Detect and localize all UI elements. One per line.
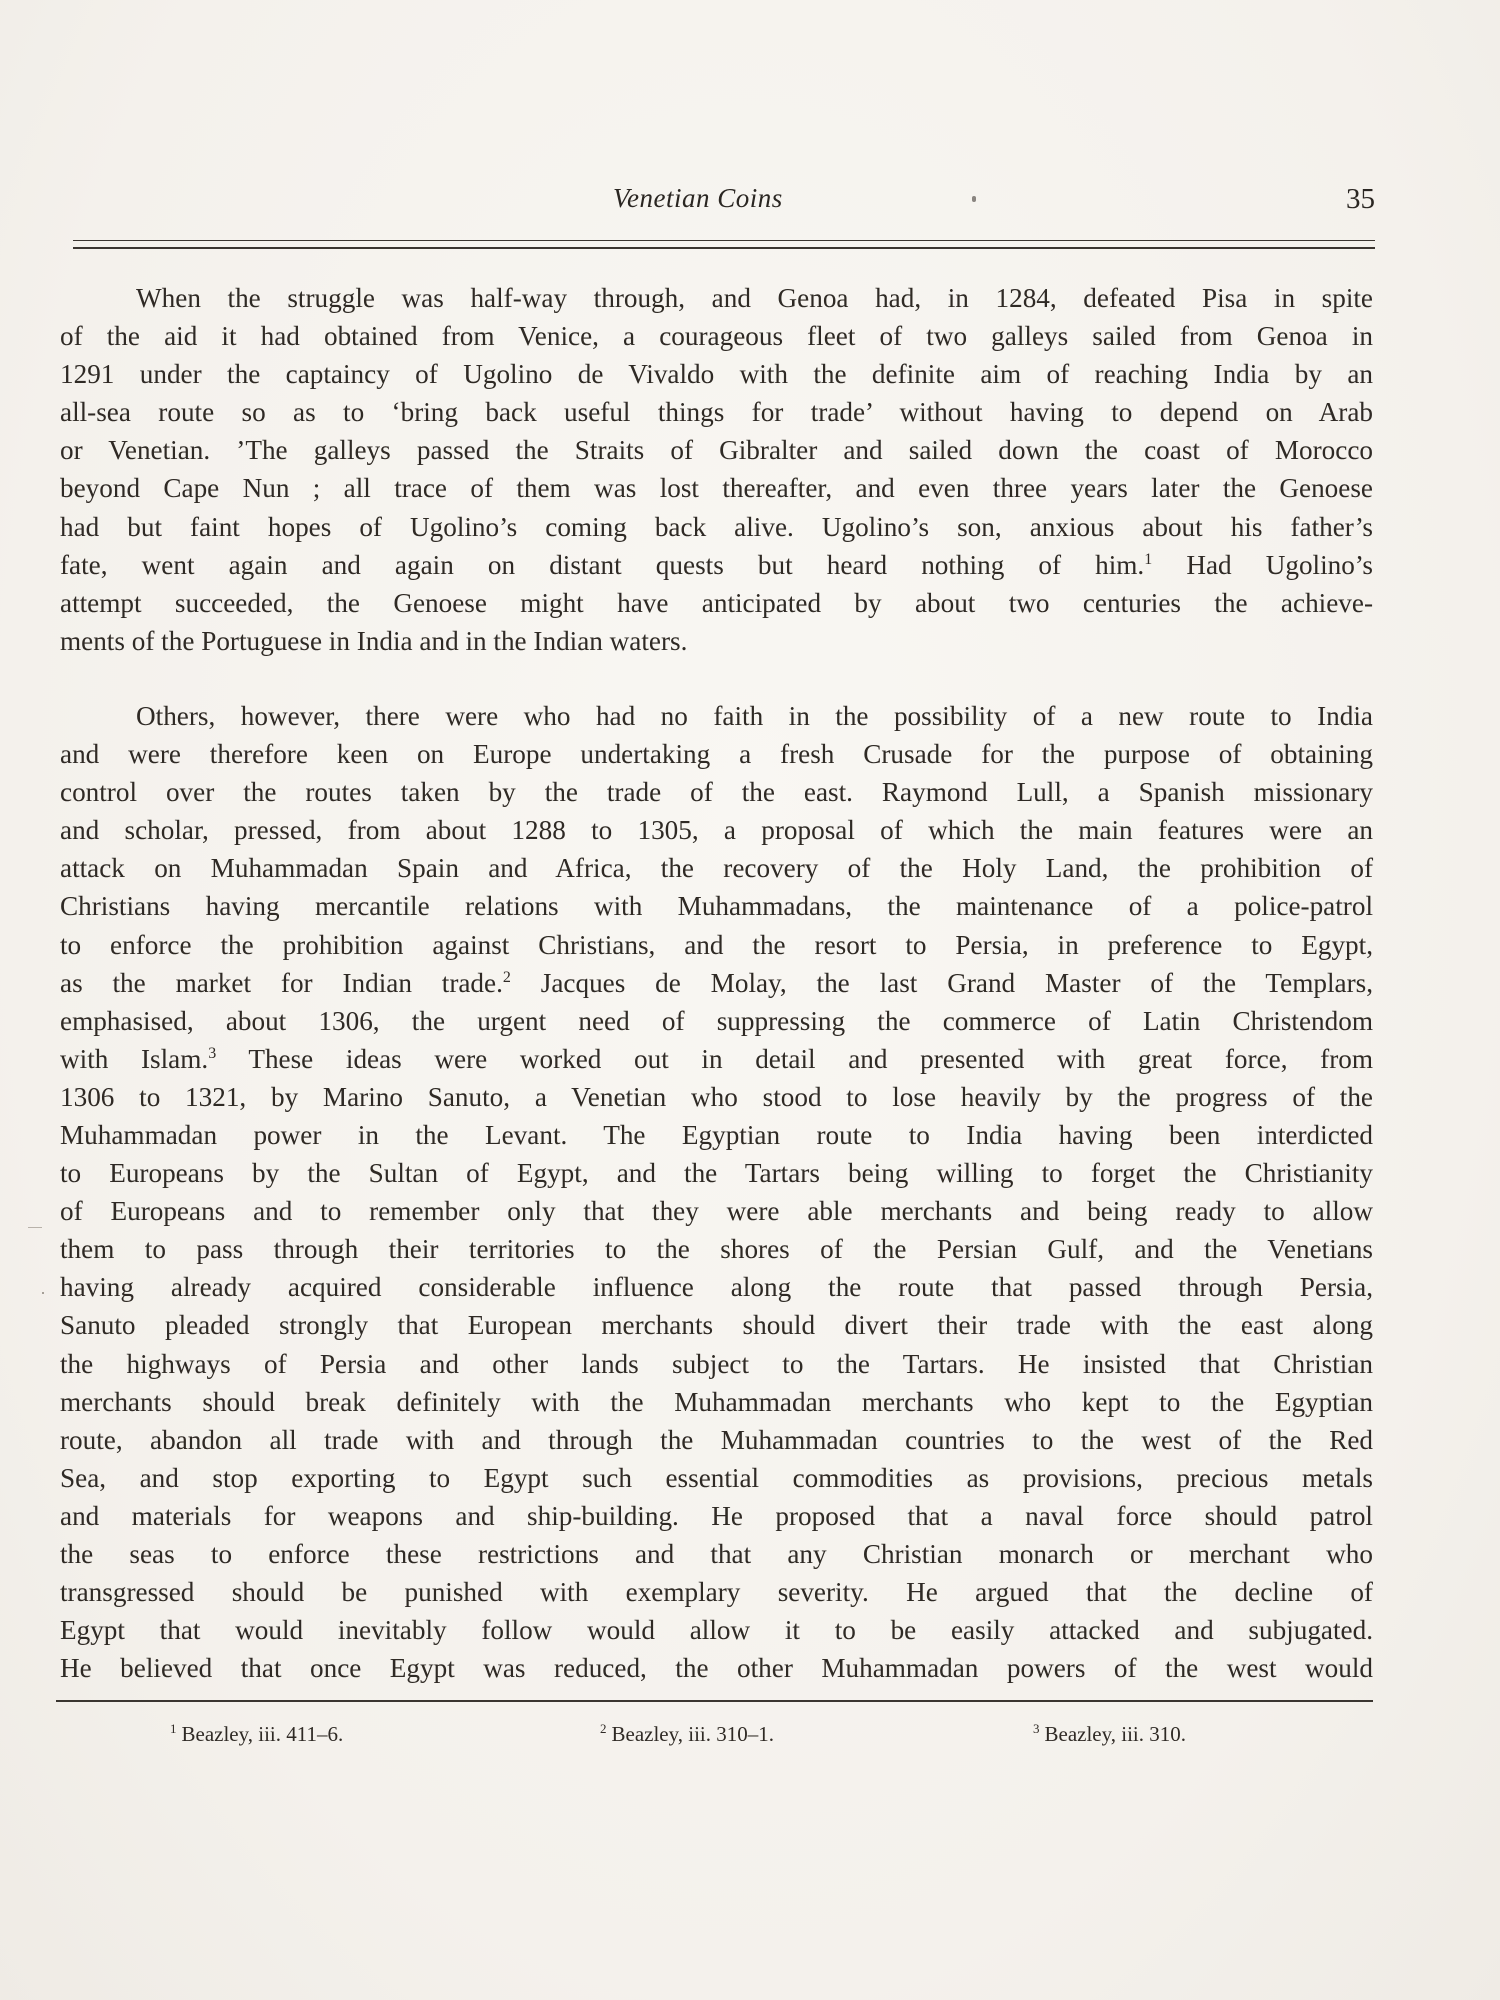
footnote-3: 3Beazley, iii. 310. — [1033, 1722, 1186, 1747]
text-line-with-footnote: with Islam.3 These ideas were worked out… — [60, 1040, 1373, 1078]
text-segment: as the market for Indian trade. — [60, 968, 503, 998]
footnote-1: 1Beazley, iii. 411–6. — [170, 1722, 343, 1747]
ink-speck — [972, 196, 976, 202]
text-line: He believed that once Egypt was reduced,… — [60, 1649, 1373, 1687]
footnote-rule — [56, 1700, 1373, 1702]
text-line: Others, however, there were who had no f… — [60, 697, 1373, 735]
text-line-with-footnote: fate, went again and again on distant qu… — [60, 546, 1373, 584]
text-line: beyond Cape Nun ; all trace of them was … — [60, 469, 1373, 507]
text-line: the highways of Persia and other lands s… — [60, 1345, 1373, 1383]
paragraph-2: Others, however, there were who had no f… — [60, 697, 1373, 1687]
footnote-ref-2[interactable]: 2 — [503, 969, 511, 986]
text-line: control over the routes taken by the tra… — [60, 773, 1373, 811]
footnote-ref-3[interactable]: 3 — [208, 1045, 216, 1062]
text-line: of the aid it had obtained from Venice, … — [60, 317, 1373, 355]
text-line: and materials for weapons and ship-build… — [60, 1497, 1373, 1535]
text-line: 1306 to 1321, by Marino Sanuto, a Veneti… — [60, 1078, 1373, 1116]
text-line: the seas to enforce these restrictions a… — [60, 1535, 1373, 1573]
text-line: Sanuto pleaded strongly that European me… — [60, 1306, 1373, 1344]
paragraph-1: When the struggle was half-way through, … — [60, 279, 1373, 660]
margin-mark — [28, 1227, 42, 1228]
header-double-rule — [73, 240, 1375, 249]
text-line: to Europeans by the Sultan of Egypt, and… — [60, 1154, 1373, 1192]
footnote-text: Beazley, iii. 310–1. — [612, 1722, 775, 1746]
footnote-2: 2Beazley, iii. 310–1. — [600, 1722, 774, 1747]
text-line: and were therefore keen on Europe undert… — [60, 735, 1373, 773]
text-segment: fate, went again and again on distant qu… — [60, 550, 1144, 580]
running-head: Venetian Coins 35 — [73, 183, 1375, 223]
text-segment: with Islam. — [60, 1044, 208, 1074]
book-page: Venetian Coins 35 When the struggle was … — [0, 0, 1500, 2000]
text-line: Egypt that would inevitably follow would… — [60, 1611, 1373, 1649]
paragraph-gap — [60, 660, 1373, 697]
text-line-with-footnote: as the market for Indian trade.2 Jacques… — [60, 964, 1373, 1002]
text-line: and scholar, pressed, from about 1288 to… — [60, 811, 1373, 849]
text-line: them to pass through their territories t… — [60, 1230, 1373, 1268]
text-segment: Had Ugolino’s — [1152, 550, 1373, 580]
text-line: emphasised, about 1306, the urgent need … — [60, 1002, 1373, 1040]
text-line: had but faint hopes of Ugolino’s coming … — [60, 508, 1373, 546]
text-line: merchants should break definitely with t… — [60, 1383, 1373, 1421]
text-line: transgressed should be punished with exe… — [60, 1573, 1373, 1611]
running-title: Venetian Coins — [613, 183, 783, 214]
footnote-text: Beazley, iii. 411–6. — [182, 1722, 344, 1746]
footnote-marker: 3 — [1033, 1721, 1040, 1736]
text-line: route, abandon all trade with and throug… — [60, 1421, 1373, 1459]
text-line: When the struggle was half-way through, … — [60, 279, 1373, 317]
page-number: 35 — [1346, 183, 1375, 216]
text-line: or Venetian. ’The galleys passed the Str… — [60, 431, 1373, 469]
text-segment: These ideas were worked out in detail an… — [216, 1044, 1373, 1074]
text-line: of Europeans and to remember only that t… — [60, 1192, 1373, 1230]
text-line: 1291 under the captaincy of Ugolino de V… — [60, 355, 1373, 393]
text-line: Muhammadan power in the Levant. The Egyp… — [60, 1116, 1373, 1154]
footnote-marker: 2 — [600, 1721, 607, 1736]
text-line: having already acquired considerable inf… — [60, 1268, 1373, 1306]
body-text: When the struggle was half-way through, … — [60, 279, 1373, 1687]
text-line: attempt succeeded, the Genoese might hav… — [60, 584, 1373, 622]
footnote-marker: 1 — [170, 1721, 177, 1736]
text-segment: Jacques de Molay, the last Grand Master … — [511, 968, 1373, 998]
text-line: Sea, and stop exporting to Egypt such es… — [60, 1459, 1373, 1497]
footnote-text: Beazley, iii. 310. — [1045, 1722, 1187, 1746]
text-line: to enforce the prohibition against Chris… — [60, 926, 1373, 964]
margin-dot — [42, 1292, 44, 1294]
text-line: Christians having mercantile relations w… — [60, 887, 1373, 925]
text-line: all-sea route so as to ‘bring back usefu… — [60, 393, 1373, 431]
text-line: ments of the Portuguese in India and in … — [60, 622, 1373, 660]
text-line: attack on Muhammadan Spain and Africa, t… — [60, 849, 1373, 887]
